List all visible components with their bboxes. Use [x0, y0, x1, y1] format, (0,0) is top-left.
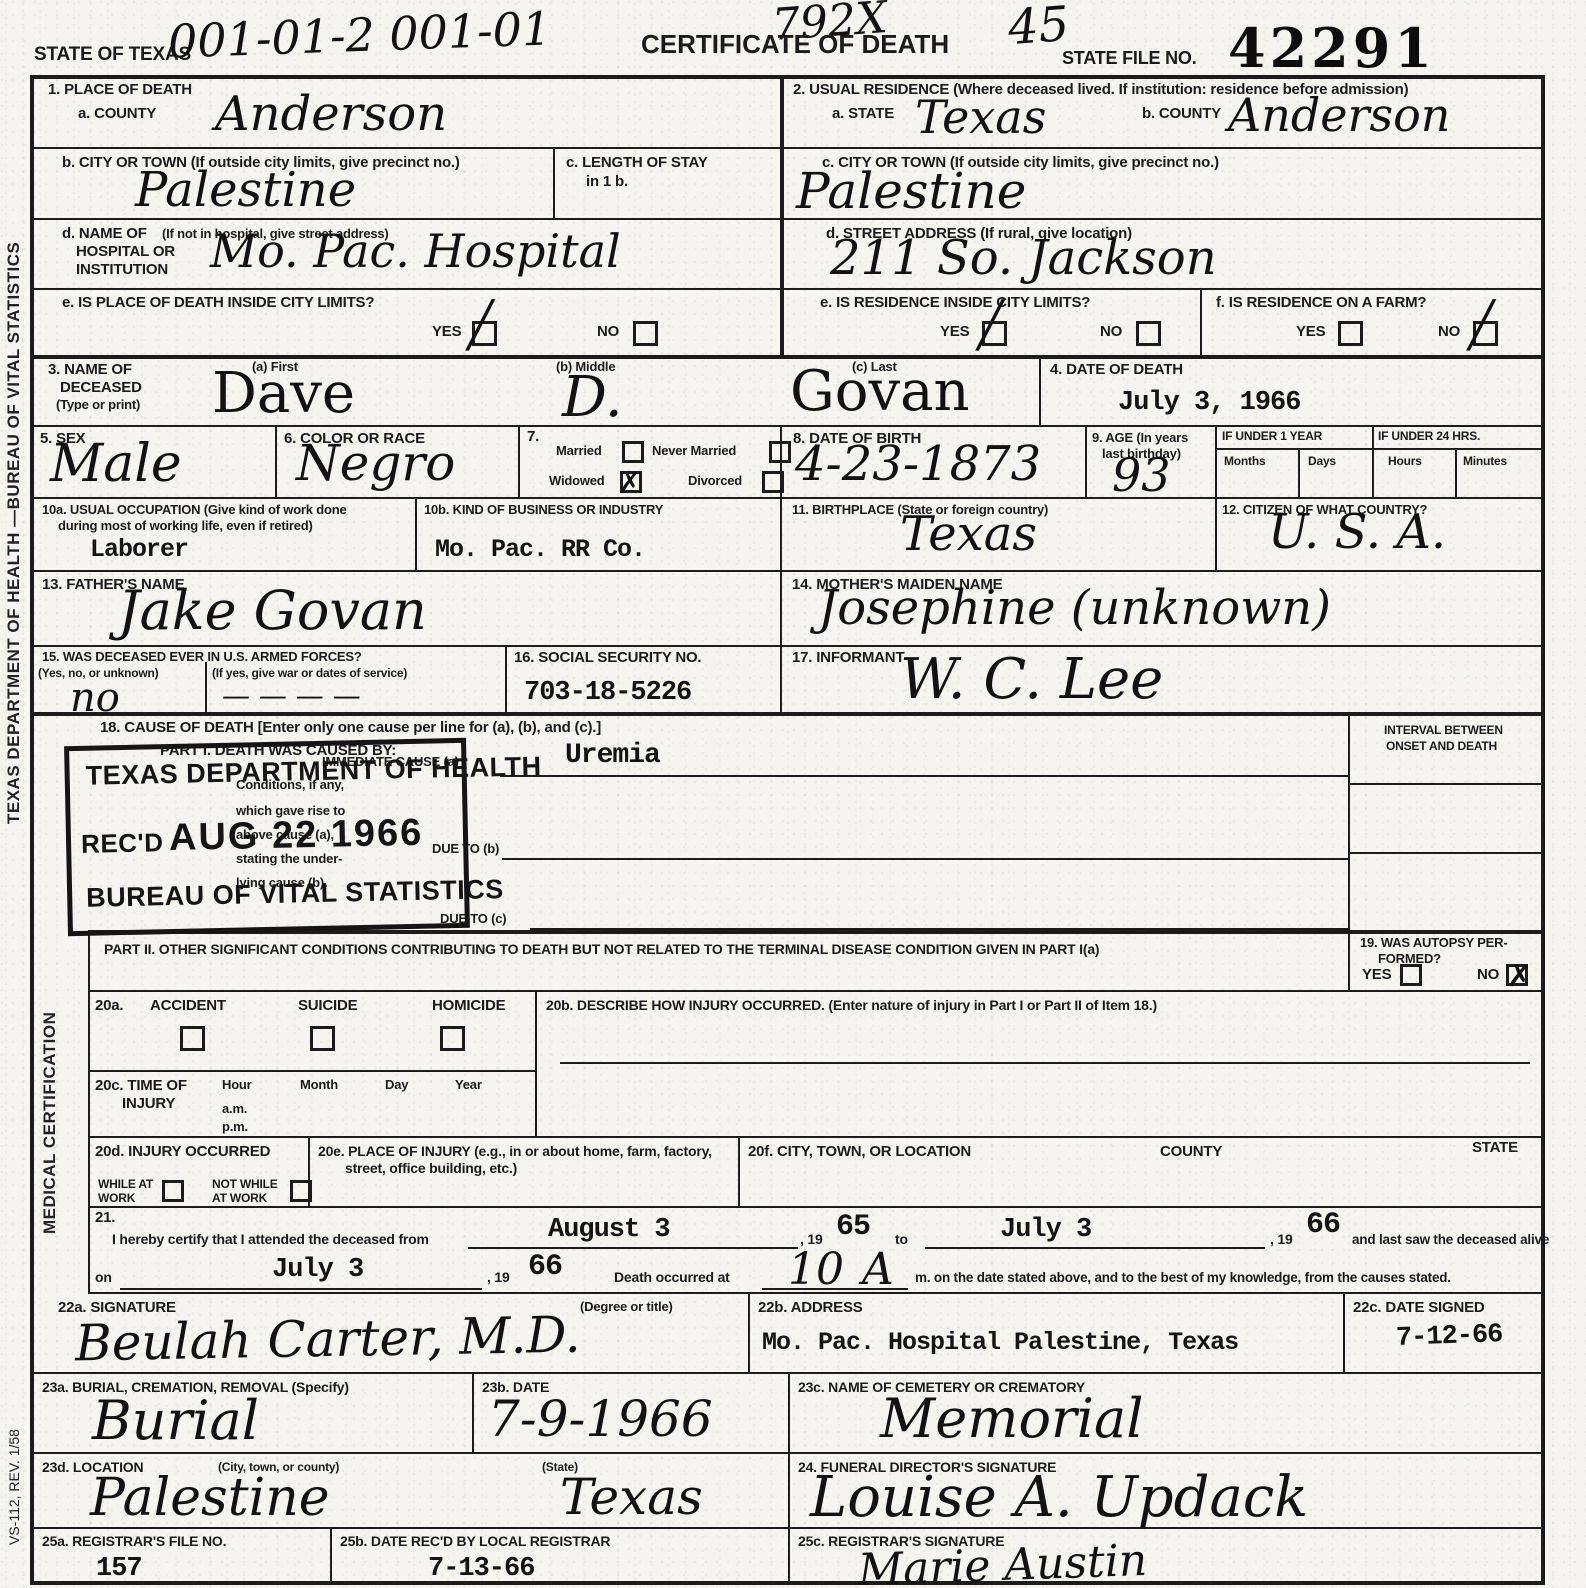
- death-hour-value: 10: [788, 1248, 844, 1292]
- residence-limits-yes-label: YES: [940, 324, 969, 341]
- citizen-value: U. S. A.: [1268, 508, 1446, 556]
- autopsy-no-label: NO: [1477, 967, 1499, 984]
- date-recd-value: 7-13-66: [428, 1554, 534, 1584]
- autopsy-label-1: 19. WAS AUTOPSY PER-: [1360, 936, 1507, 951]
- months-label: Months: [1224, 455, 1265, 468]
- length-of-stay-sublabel: in 1 b.: [586, 174, 628, 191]
- autopsy-yes-checkbox: [1400, 964, 1422, 986]
- date-of-death-value: July 3, 1966: [1118, 388, 1300, 418]
- marital-never-married-label: Never Married: [652, 444, 736, 459]
- certify-text: I hereby certify that I attended the dec…: [112, 1232, 429, 1248]
- funeral-director-signature-value: Louise A. Updack: [810, 1470, 1308, 1526]
- grid-line: [88, 990, 1541, 992]
- grid-line: [275, 425, 277, 497]
- marital-married-checkbox: [622, 441, 644, 463]
- grid-line: [30, 1581, 1545, 1585]
- part2-label: PART II. OTHER SIGNIFICANT CONDITIONS CO…: [104, 942, 1099, 958]
- grid-line: [88, 930, 90, 1292]
- physician-signature-value: Beulah Carter, M.D.: [75, 1310, 581, 1369]
- grid-line: [1085, 425, 1087, 497]
- suicide-checkbox: [310, 1026, 335, 1051]
- not-while-at-work-checkbox: [290, 1180, 312, 1202]
- ssn-value: 703-18-5226: [524, 678, 691, 708]
- residence-limits-no-checkbox: [1136, 321, 1161, 346]
- injury-city-label: 20f. CITY, TOWN, OR LOCATION: [748, 1144, 971, 1161]
- residence-limits-label: e. IS RESIDENCE INSIDE CITY LIMITS?: [820, 295, 1090, 312]
- write-on-line: [925, 1247, 1265, 1249]
- grid-line: [1200, 288, 1202, 355]
- grid-line: [30, 288, 1541, 290]
- age-label: 9. AGE (In years: [1092, 431, 1188, 446]
- marital-widowed-label: Widowed: [549, 474, 605, 489]
- accident-label: ACCIDENT: [150, 998, 226, 1015]
- grid-line: [1348, 852, 1541, 854]
- address-label: 22b. ADDRESS: [758, 1300, 863, 1317]
- homicide-label: HOMICIDE: [432, 998, 505, 1015]
- name-first-value: Dave: [212, 366, 355, 422]
- marital-widowed-checkbox: ✗: [620, 471, 642, 493]
- place-limits-no-checkbox: [633, 321, 658, 346]
- state-file-no-label: STATE FILE NO.: [1062, 48, 1197, 68]
- grid-line: [788, 1372, 790, 1581]
- residence-farm-yes-label: YES: [1296, 324, 1325, 341]
- injury-state-label: STATE: [1472, 1140, 1518, 1157]
- check-mark: ✗: [619, 468, 641, 498]
- registrar-file-no-value: 157: [96, 1554, 142, 1584]
- date-of-birth-value: 4-23-1873: [795, 440, 1041, 488]
- am-label: a.m.: [222, 1102, 247, 1117]
- stamp-recd-label: REC'D: [81, 827, 164, 860]
- informant-value: W. C. Lee: [900, 652, 1163, 708]
- age-value: 93: [1112, 452, 1171, 498]
- place-city-value: Palestine: [135, 166, 356, 214]
- grid-line: [505, 645, 507, 712]
- write-on-line: [762, 1288, 908, 1290]
- attended-to-year: 66: [1306, 1208, 1340, 1242]
- address-value: Mo. Pac. Hospital Palestine, Texas: [762, 1328, 1238, 1357]
- write-on-line: [500, 775, 1348, 777]
- place-limits-yes-label: YES: [432, 324, 461, 341]
- hour-label: Hour: [222, 1078, 252, 1093]
- if-under-1-year-label: IF UNDER 1 YEAR: [1222, 430, 1322, 443]
- stamp-department-line: TEXAS DEPARTMENT OF HEALTH: [85, 751, 542, 792]
- burial-location-city-value: Palestine: [90, 1472, 330, 1524]
- marital-divorced-label: Divorced: [688, 474, 742, 489]
- pm-label: p.m.: [222, 1120, 248, 1135]
- on-label: on: [95, 1270, 112, 1286]
- margin-department-label: TEXAS DEPARTMENT OF HEALTH —BUREAU OF VI…: [4, 88, 24, 978]
- check-mark: ╱: [1468, 300, 1495, 351]
- time-of-injury-label: 20c. TIME OF: [95, 1078, 187, 1095]
- residence-state-value: Texas: [915, 94, 1046, 140]
- death-ampm-value: A: [862, 1248, 894, 1292]
- grid-line: [88, 1070, 535, 1072]
- grid-line: [1348, 783, 1541, 785]
- write-on-line: [468, 1247, 798, 1249]
- while-at-work-label-2: WORK: [98, 1192, 135, 1205]
- place-limits-no-label: NO: [597, 324, 619, 341]
- causes-stated-text: m. on the date stated above, and to the …: [915, 1270, 1451, 1285]
- stamp-bureau-line: BUREAU OF VITAL STATISTICS: [86, 874, 504, 914]
- check-mark: ╱: [467, 300, 494, 351]
- certificate-title: CERTIFICATE OF DEATH: [641, 30, 949, 59]
- write-on-line: [530, 928, 1348, 930]
- place-of-injury-label-2: street, office building, etc.): [345, 1161, 517, 1177]
- grid-line: [472, 1372, 474, 1452]
- check-mark: ╱: [977, 300, 1004, 351]
- color-race-value: Negro: [296, 438, 455, 488]
- armed-forces-value: no: [70, 678, 120, 718]
- attended-from-value: August 3: [548, 1215, 670, 1245]
- burial-date-value: 7-9-1966: [488, 1394, 713, 1444]
- length-of-stay-label: c. LENGTH OF STAY: [566, 155, 708, 172]
- residence-farm-no-label: NO: [1438, 324, 1460, 341]
- occupation-label: 10a. USUAL OCCUPATION (Give kind of work…: [42, 503, 347, 518]
- residence-farm-no-checkbox: ╱: [1473, 321, 1498, 346]
- hospital-name-label-2: HOSPITAL OR: [76, 244, 175, 261]
- grid-line: [30, 75, 1545, 79]
- name-deceased-label-3: (Type or print): [56, 398, 140, 413]
- grid-line: [415, 497, 417, 570]
- year-label: Year: [455, 1078, 482, 1093]
- year-19-prefix-b: , 19: [1270, 1232, 1293, 1248]
- while-at-work-label-1: WHILE AT: [98, 1178, 153, 1191]
- ssn-label: 16. SOCIAL SECURITY NO.: [514, 650, 701, 667]
- grid-line: [553, 147, 555, 218]
- degree-or-title-label: (Degree or title): [580, 1300, 673, 1315]
- certify-tail-text: and last saw the deceased alive: [1352, 1232, 1549, 1247]
- death-certificate-scan: STATE OF TEXAS 001-01-2 001-01 792X 45 C…: [0, 0, 1586, 1588]
- registrar-file-no-label: 25a. REGISTRAR'S FILE NO.: [42, 1534, 226, 1550]
- residence-county-value: Anderson: [1228, 92, 1450, 138]
- occupation-value: Laborer: [90, 535, 188, 564]
- residence-street-value: 211 So. Jackson: [830, 234, 1217, 282]
- grid-line: [738, 1136, 740, 1206]
- injury-occurred-label: 20d. INJURY OCCURRED: [95, 1144, 270, 1161]
- item-21-label: 21.: [95, 1210, 115, 1227]
- time-of-injury-label-2: INJURY: [122, 1096, 175, 1113]
- date-signed-value: 7-12-66: [1396, 1320, 1503, 1354]
- hospital-name-label-3: INSTITUTION: [76, 262, 168, 279]
- item-20a-label: 20a.: [95, 998, 123, 1015]
- residence-farm-yes-checkbox: [1338, 321, 1363, 346]
- grid-line: [518, 425, 520, 497]
- place-limits-yes-checkbox: ╱: [472, 321, 497, 346]
- grid-line: [780, 75, 784, 355]
- date-of-death-label: 4. DATE OF DEATH: [1050, 362, 1183, 379]
- place-of-death-title: 1. PLACE OF DEATH: [48, 82, 192, 99]
- residence-limits-yes-checkbox: ╱: [982, 321, 1007, 346]
- informant-label: 17. INFORMANT: [792, 650, 904, 667]
- burial-value: Burial: [92, 1394, 259, 1448]
- hospital-name-value: Mo. Pac. Hospital: [210, 228, 621, 274]
- cause-a-value: Uremia: [565, 740, 660, 771]
- grid-line: [1343, 1292, 1345, 1372]
- homicide-checkbox: [440, 1026, 465, 1051]
- stamp-date: AUG 22 1966: [169, 812, 424, 860]
- industry-label: 10b. KIND OF BUSINESS OR INDUSTRY: [424, 503, 663, 518]
- grid-line: [30, 1452, 1541, 1454]
- death-occurred-at-label: Death occurred at: [614, 1270, 730, 1286]
- marital-never-married-checkbox: [769, 441, 791, 463]
- autopsy-no-checkbox: ✗: [1506, 964, 1528, 986]
- cemetery-value: Memorial: [880, 1392, 1144, 1446]
- mother-maiden-name-value: Josephine (unknown): [818, 584, 1331, 632]
- name-deceased-label-1: 3. NAME OF: [48, 362, 132, 379]
- not-while-at-work-label-2: AT WORK: [212, 1192, 267, 1205]
- year-19-prefix-c: , 19: [487, 1270, 510, 1286]
- minutes-label: Minutes: [1463, 455, 1507, 468]
- injury-county-label: COUNTY: [1160, 1144, 1222, 1161]
- grid-line: [330, 1527, 332, 1581]
- armed-forces-service-value: — — — —: [222, 682, 361, 710]
- margin-medical-certification-label: MEDICAL CERTIFICATION: [40, 948, 60, 1298]
- birthplace-value: Texas: [900, 510, 1037, 558]
- if-under-24-hrs-label: IF UNDER 24 HRS.: [1378, 430, 1480, 443]
- header-scrawl-2: 45: [1006, 0, 1070, 52]
- cause-of-death-label: 18. CAUSE OF DEATH [Enter only one cause…: [100, 720, 601, 737]
- last-seen-date-value: July 3: [272, 1255, 363, 1285]
- grid-line: [205, 662, 207, 712]
- attended-to-value: July 3: [1000, 1215, 1091, 1245]
- grid-line: [1372, 425, 1374, 497]
- days-label: Days: [1308, 455, 1336, 468]
- grid-line: [1455, 448, 1457, 497]
- local-file-code-handwritten: 001-01-2 001-01: [167, 5, 552, 64]
- grid-line: [30, 147, 1541, 149]
- name-last-value: Govan: [790, 364, 970, 420]
- grid-line: [780, 425, 782, 712]
- not-while-at-work-label-1: NOT WHILE: [212, 1178, 278, 1191]
- burial-location-state-value: Texas: [560, 1472, 703, 1522]
- hospital-name-label: d. NAME OF: [62, 226, 147, 243]
- name-middle-value: D.: [562, 370, 623, 426]
- marital-divorced-checkbox: [762, 471, 784, 493]
- autopsy-yes-label: YES: [1362, 967, 1391, 984]
- write-on-line: [560, 1062, 1530, 1064]
- month-label: Month: [300, 1078, 338, 1093]
- write-on-line: [120, 1288, 482, 1290]
- industry-value: Mo. Pac. RR Co.: [435, 535, 645, 564]
- grid-line: [748, 1292, 750, 1372]
- accident-checkbox: [180, 1026, 205, 1051]
- attended-from-year: 65: [836, 1210, 870, 1244]
- grid-line: [1541, 75, 1545, 1585]
- grid-line: [30, 645, 1541, 647]
- father-name-value: Jake Govan: [118, 584, 427, 638]
- day-label: Day: [385, 1078, 408, 1093]
- grid-line: [30, 712, 1541, 716]
- residence-state-label: a. STATE: [832, 106, 894, 123]
- place-of-injury-label: 20e. PLACE OF INJURY (e.g., in or about …: [318, 1144, 712, 1160]
- received-stamp: TEXAS DEPARTMENT OF HEALTH REC'D AUG 22 …: [64, 738, 470, 936]
- residence-limits-no-label: NO: [1100, 324, 1122, 341]
- grid-line: [1215, 448, 1541, 450]
- to-label: to: [895, 1232, 908, 1248]
- marital-married-label: Married: [556, 444, 602, 459]
- describe-injury-label: 20b. DESCRIBE HOW INJURY OCCURRED. (Ente…: [546, 998, 1157, 1014]
- place-city-limits-label: e. IS PLACE OF DEATH INSIDE CITY LIMITS?: [62, 295, 374, 312]
- write-on-line: [502, 858, 1348, 860]
- place-county-label: a. COUNTY: [78, 106, 156, 123]
- interval-label-1: INTERVAL BETWEEN: [1384, 724, 1503, 737]
- check-mark: ✗: [1507, 959, 1532, 994]
- last-seen-year: 66: [528, 1250, 562, 1284]
- hours-label: Hours: [1388, 455, 1422, 468]
- grid-line: [88, 1136, 1541, 1138]
- sex-value: Male: [50, 438, 182, 490]
- grid-line: [1039, 355, 1041, 425]
- grid-line: [30, 570, 1541, 572]
- while-at-work-checkbox: [162, 1180, 184, 1202]
- grid-line: [1298, 448, 1300, 497]
- grid-line: [535, 990, 537, 1136]
- state-file-number: 42291: [1228, 16, 1436, 80]
- place-county-value: Anderson: [215, 90, 447, 138]
- marital-label: 7.: [527, 429, 539, 446]
- registrar-signature-value: Marie Austin: [857, 1539, 1148, 1588]
- date-signed-label: 22c. DATE SIGNED: [1353, 1300, 1485, 1317]
- name-deceased-label-2: DECEASED: [60, 380, 142, 397]
- interval-label-2: ONSET AND DEATH: [1386, 740, 1497, 753]
- occupation-label-2: during most of working life, even if ret…: [58, 519, 313, 534]
- grid-line: [1215, 425, 1217, 570]
- grid-line: [30, 497, 1541, 499]
- armed-forces-label: 15. WAS DECEASED EVER IN U.S. ARMED FORC…: [42, 650, 362, 665]
- date-recd-label: 25b. DATE REC'D BY LOCAL REGISTRAR: [340, 1534, 610, 1550]
- suicide-label: SUICIDE: [298, 998, 357, 1015]
- grid-line: [30, 1372, 1541, 1374]
- residence-county-label: b. COUNTY: [1142, 106, 1221, 123]
- margin-form-number: VS-112, REV. 1/58: [6, 1392, 22, 1582]
- residence-farm-label: f. IS RESIDENCE ON A FARM?: [1216, 295, 1426, 312]
- grid-line: [30, 75, 34, 1585]
- grid-line: [1348, 712, 1350, 990]
- residence-city-value: Palestine: [796, 166, 1026, 216]
- grid-line: [30, 218, 1541, 220]
